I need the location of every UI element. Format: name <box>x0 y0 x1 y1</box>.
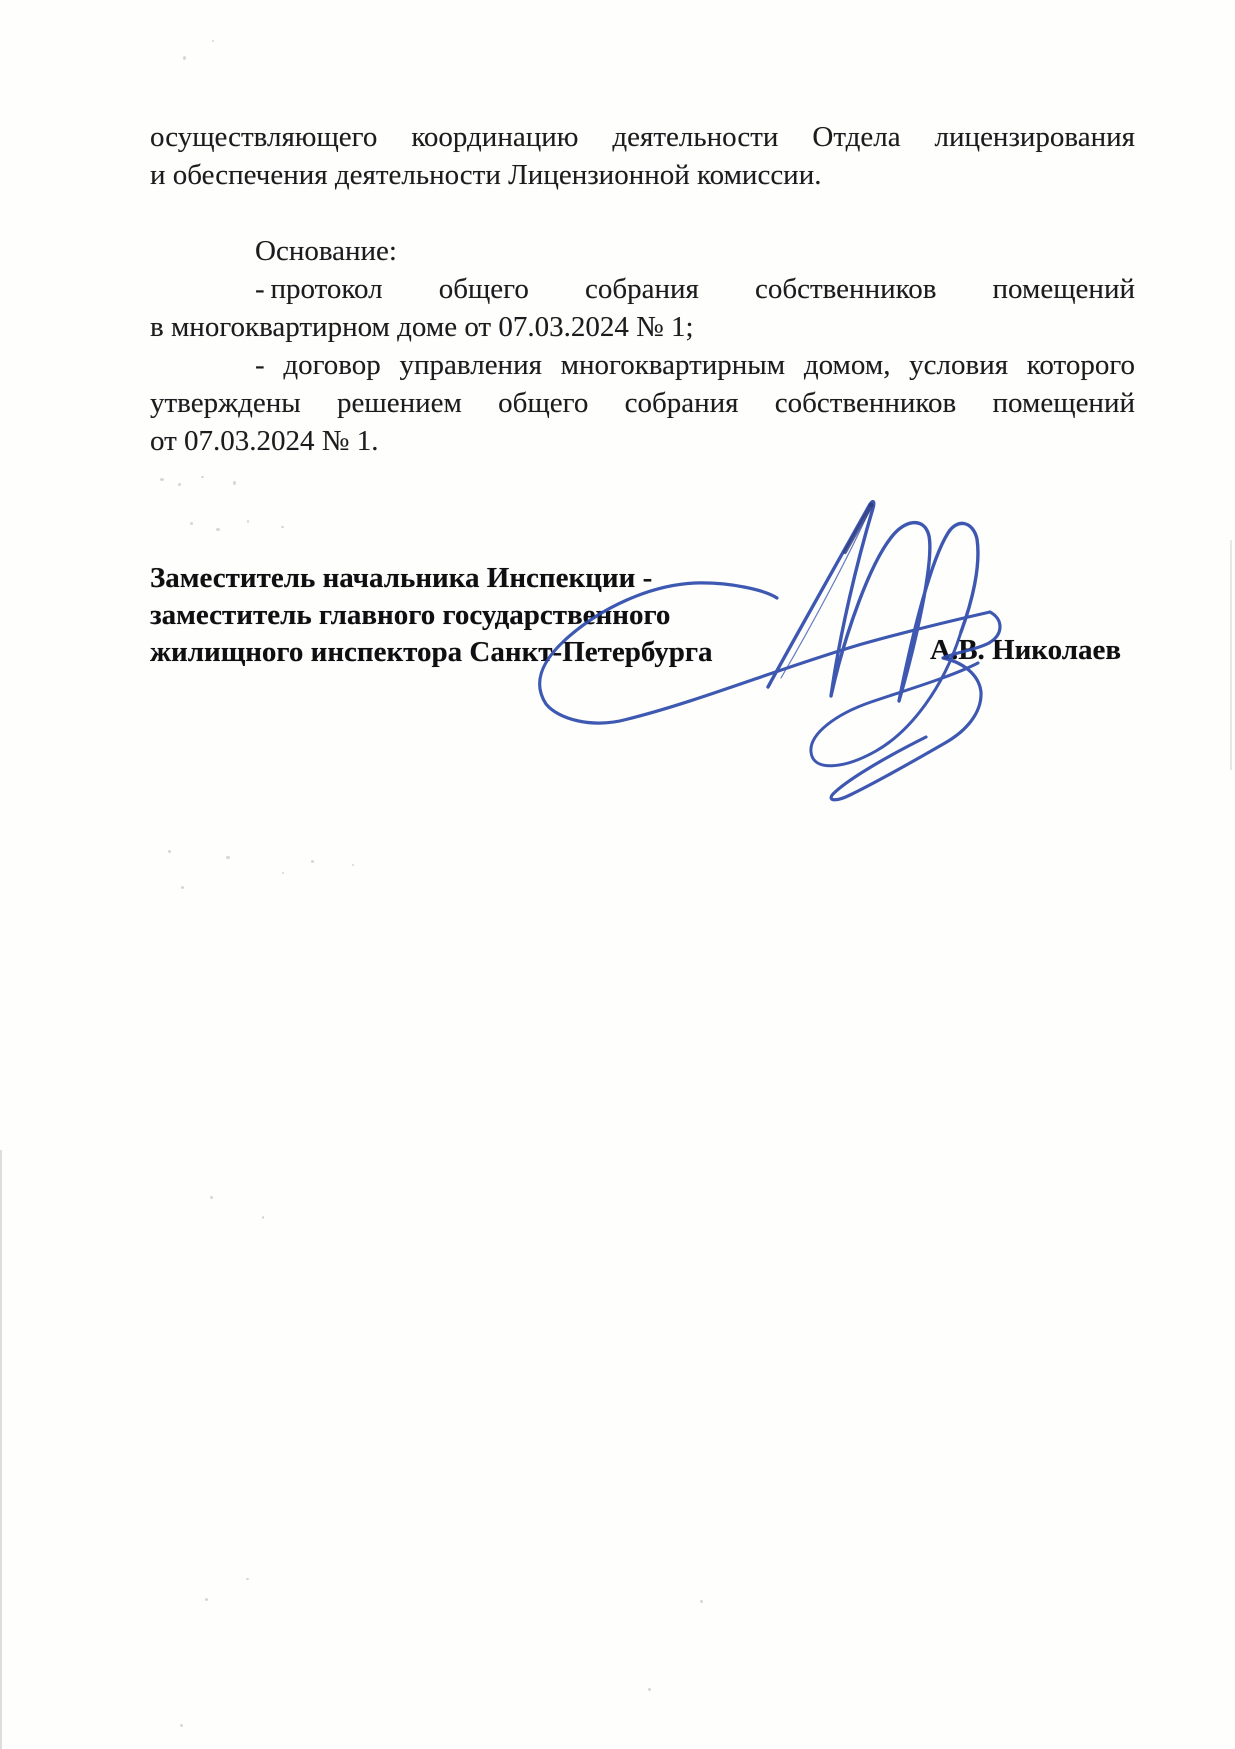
signature-title: Заместитель начальника Инспекции - замес… <box>150 560 713 671</box>
text-line: в многоквартирном доме от 07.03.2024 № 1… <box>150 308 1135 346</box>
text-line: - договор управления многоквартирным дом… <box>150 346 1135 384</box>
blank-line <box>150 194 1135 232</box>
signature-title-line: жилищного инспектора Санкт-Петербурга <box>150 634 713 671</box>
text-line: от 07.03.2024 № 1. <box>150 422 1135 460</box>
body-text: осуществляющего координацию деятельности… <box>150 118 1135 460</box>
signature-title-line: заместитель главного государственного <box>150 597 713 634</box>
text-line: осуществляющего координацию деятельности… <box>150 118 1135 156</box>
signature-title-line: Заместитель начальника Инспекции - <box>150 560 713 597</box>
document-page: осуществляющего координацию деятельности… <box>0 0 1235 1749</box>
signatory-name: А.В. Николаев <box>930 634 1121 667</box>
scanner-edge-line <box>1230 540 1232 770</box>
scanner-edge-line <box>0 1150 2 1749</box>
text-line: и обеспечения деятельности Лицензионной … <box>150 156 1135 194</box>
text-line: утверждены решением общего собрания собс… <box>150 384 1135 422</box>
text-line: - протокол общего собрания собственников… <box>150 270 1135 308</box>
text-line: Основание: <box>150 232 1135 270</box>
